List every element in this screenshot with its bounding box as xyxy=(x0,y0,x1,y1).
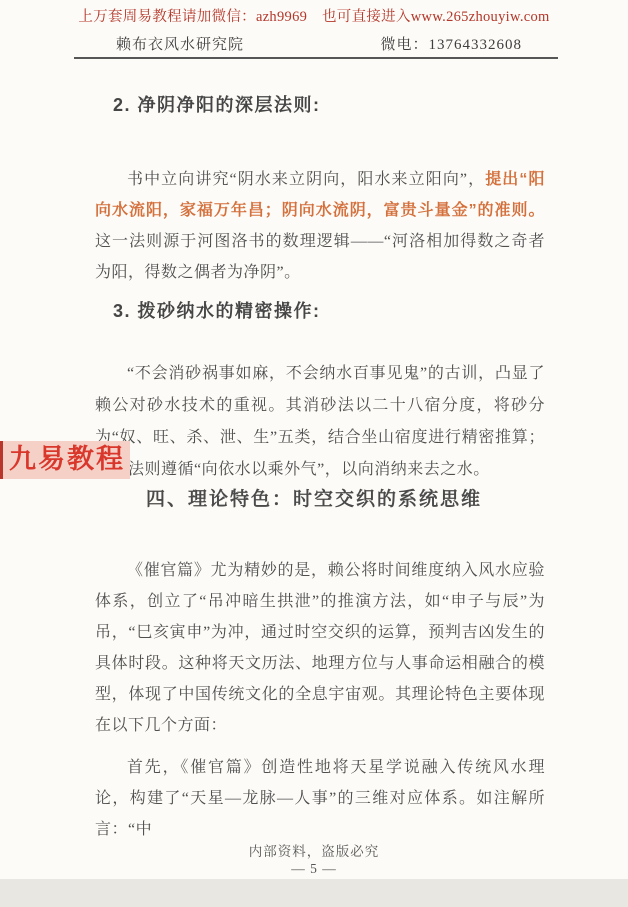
scanned-document-page: 上万套周易教程请加微信：azh9969 也可直接进入www.265zhouyiw… xyxy=(0,0,628,907)
organization-name: 赖布衣风水研究院 xyxy=(116,33,244,54)
watermark-stamp: 九易教程 xyxy=(0,441,130,479)
page-number: — 5 — xyxy=(0,861,628,877)
paragraph-sand-water-method: “不会消砂祸事如麻，不会纳水百事见鬼”的古训，凸显了赖公对砂水技术的重视。其消砂… xyxy=(95,358,545,486)
paragraph-time-space-theory: 《催官篇》尤为精妙的是，赖公将时间维度纳入风水应验体系，创立了“吊冲暗生拱泄”的… xyxy=(95,555,545,741)
paragraph-text-normal: 书中立向讲究“阴水来立阴向，阳水来立阳向”， xyxy=(127,171,485,188)
footer-copyright-note: 内部资料，盗版必究 xyxy=(0,840,628,860)
document-header-row: 赖布衣风水研究院 微电：13764332608 xyxy=(116,33,522,54)
paragraph-star-theory: 首先，《催官篇》创造性地将天星学说融入传统风水理论，构建了“天星—龙脉—人事”的… xyxy=(95,752,545,845)
paragraph-text-normal: 这一法则源于河图洛书的数理逻辑——“河洛相加得数之奇者为阳，得数之偶者为净阴”。 xyxy=(95,233,545,281)
section-heading-3: 3. 拨砂纳水的精密操作: xyxy=(113,297,321,323)
page-bottom-edge xyxy=(0,879,628,907)
promo-header-text: 上万套周易教程请加微信：azh9969 也可直接进入www.265zhouyiw… xyxy=(0,5,628,26)
header-divider-line xyxy=(74,57,558,59)
contact-number: 微电：13764332608 xyxy=(380,33,522,54)
section-heading-2: 2. 净阴净阳的深层法则: xyxy=(113,91,321,117)
paragraph-yin-yang-rule: 书中立向讲究“阴水来立阴向，阳水来立阳向”，提出“阳向水流阳，家福万年昌；阴向水… xyxy=(95,164,545,288)
section-heading-4: 四、理论特色：时空交织的系统思维 xyxy=(0,484,628,511)
